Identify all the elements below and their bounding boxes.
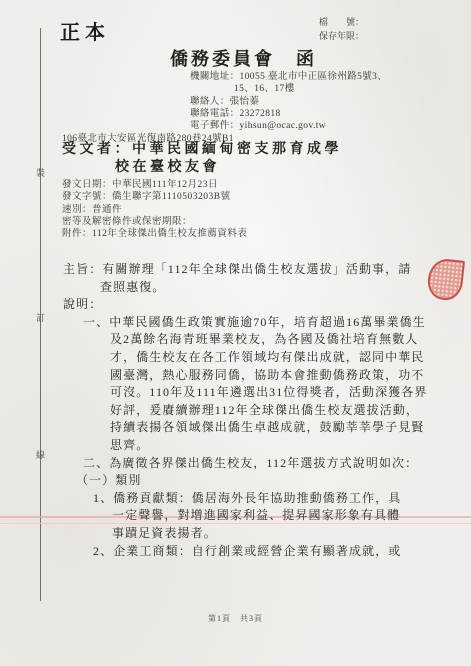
- contact-person: 聯絡人：張怡蓁: [190, 96, 387, 108]
- binding-mark-ding: 訂: [34, 311, 47, 324]
- delivery-speed: 速別：普通件: [62, 204, 247, 216]
- agency-contact-block: 機關地址：10055 臺北市中正區徐州路5號3、 15、16、17樓 聯絡人：張…: [190, 71, 387, 132]
- category-1-line: 1、僑務貢獻類：僑居海外長年協助推動僑務工作，具: [93, 490, 427, 508]
- attachment-note: 附件：112年全球傑出僑生校友推薦資料表: [62, 228, 247, 240]
- recipient-line2: 校在臺校友會: [115, 159, 342, 177]
- security-classification: 密等及解密條件或保密期限：: [62, 216, 247, 228]
- official-seal-stamp-fragment: [426, 257, 465, 301]
- seal-shape: [426, 257, 465, 301]
- issue-date: 發文日期：中華民國111年12月23日: [62, 179, 247, 191]
- category-1-line: 一定聲譽，對增進國家利益、提昇國家形象有具體: [112, 507, 427, 525]
- copy-type-label: 正本: [60, 16, 110, 45]
- issuing-agency-title: 僑務委員會 函: [170, 45, 317, 71]
- paragraph-1-line: 好評，爰賡續辦理112年全球傑出僑生校友選拔活動，: [110, 402, 427, 420]
- explanation-label: 說明：: [63, 296, 427, 314]
- paragraph-1-line: 思齊。: [110, 437, 427, 455]
- recipient-line1: 受文者：中華民國緬甸密支那育成學: [62, 141, 342, 159]
- recipient-block: 受文者：中華民國緬甸密支那育成學 校在臺校友會: [62, 141, 342, 176]
- binding-mark-zhuang: 裝: [34, 166, 47, 179]
- paragraph-1-line: 才，僑生校友在各工作領域均有傑出成就，認同中華民: [110, 349, 427, 367]
- category-2-line: 2、企業工商類：自行創業或經營企業有顯著成就，或: [93, 543, 427, 561]
- document-number: 發文字號：僑生聯字第1110503203B號: [62, 191, 247, 203]
- agency-address-line2: 15、16、17樓: [234, 83, 387, 95]
- letter-body: 主旨：有關辦理「112年全球傑出僑生校友選拔」活動事，請 查照惠復。 說明： 一…: [63, 261, 427, 560]
- page-number-footer: 第1頁 共3頁: [0, 613, 471, 624]
- document-meta-block: 發文日期：中華民國111年12月23日 發文字號：僑生聯字第1110503203…: [62, 179, 247, 240]
- subject-line: 主旨：有關辦理「112年全球傑出僑生校友選拔」活動事，請: [63, 261, 427, 279]
- retention-period-label: 保存年限：: [319, 29, 364, 42]
- paragraph-1-line: 可沒。110年及111年遴選出31位得獎者，活動深獲各界: [110, 384, 427, 402]
- file-number-label: 檔 號：: [319, 15, 364, 28]
- paragraph-1-line: 一、中華民國僑生政策實施逾70年，培育超過16萬畢業僑生: [83, 314, 427, 332]
- paragraph-2-line: 二、為廣徵各界傑出僑生校友，112年選拔方式說明如次：: [83, 455, 427, 473]
- paragraph-1-line: 持續表揚各領域傑出僑生卓越成就，鼓勵莘莘學子見賢: [110, 419, 427, 437]
- subject-line-continuation: 查照惠復。: [100, 279, 427, 297]
- category-1-line: 事蹟足資表揚者。: [112, 525, 427, 543]
- contact-phone: 聯絡電話：23272818: [190, 108, 387, 120]
- category-heading: （一）類別: [76, 472, 427, 490]
- scanned-official-letter-page: 裝 訂 線 正本 檔 號： 保存年限： 僑務委員會 函 機關地址：10055 臺…: [0, 0, 471, 666]
- paragraph-1-line: 國臺灣，熱心服務同僑，協助本會推動僑務政策，功不: [110, 367, 427, 385]
- binding-mark-xian: 線: [34, 448, 47, 461]
- paragraph-1-line: 及2萬餘名海青班畢業校友，為各國及僑社培育無數人: [110, 331, 427, 349]
- agency-address-line1: 機關地址：10055 臺北市中正區徐州路5號3、: [190, 71, 387, 83]
